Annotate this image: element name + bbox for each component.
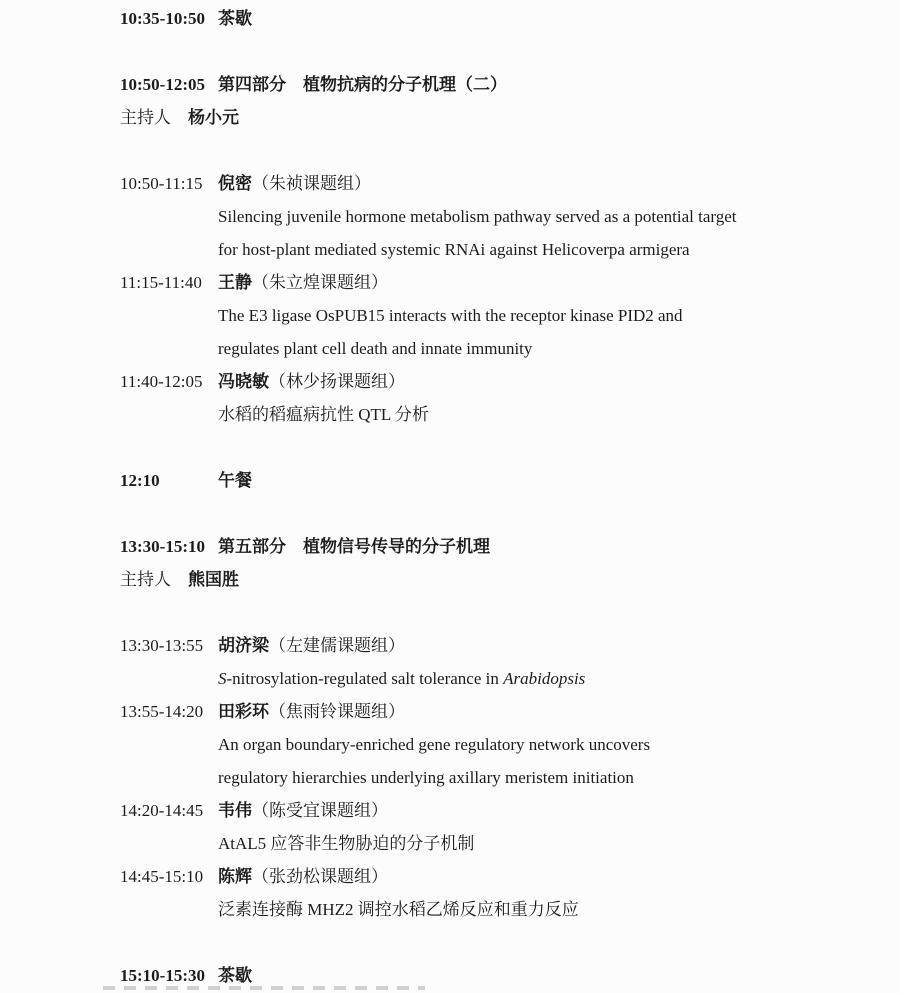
indent-spacer xyxy=(120,728,218,761)
speaker-name: 田彩环 xyxy=(218,702,269,721)
morning-break-row: 10:35-10:50 茶歇 xyxy=(120,2,900,35)
time-label: 14:20-14:45 xyxy=(120,794,218,827)
indent-spacer xyxy=(120,200,218,233)
title-segment-italic: S xyxy=(218,669,227,688)
indent-spacer xyxy=(120,827,218,860)
session5-header-row: 13:30-15:10 第五部分 植物信号传导的分子机理 xyxy=(120,530,900,563)
talk-speaker-row: 10:50-11:15 倪密（朱祯课题组） xyxy=(120,167,900,200)
speaker-line: 韦伟（陈受宜课题组） xyxy=(218,794,900,827)
time-label: 10:35-10:50 xyxy=(120,2,218,35)
talk-title-row: 泛素连接酶 MHZ2 调控水稻乙烯反应和重力反应 xyxy=(120,893,900,926)
lab-group: （陈受宜课题组） xyxy=(252,801,388,820)
time-label: 10:50-11:15 xyxy=(120,167,218,200)
blank-line xyxy=(120,926,900,959)
speaker-line: 冯晓敏（林少扬课题组） xyxy=(218,365,900,398)
talk-speaker-row: 13:30-13:55 胡济梁（左建儒课题组） xyxy=(120,629,900,662)
talk-title-row: AtAL5 应答非生物胁迫的分子机制 xyxy=(120,827,900,860)
title-segment: -nitrosylation-regulated salt tolerance … xyxy=(227,669,504,688)
time-label: 14:45-15:10 xyxy=(120,860,218,893)
talk-speaker-row: 11:40-12:05 冯晓敏（林少扬课题组） xyxy=(120,365,900,398)
indent-spacer xyxy=(120,299,218,332)
time-label: 11:40-12:05 xyxy=(120,365,218,398)
time-label: 13:30-13:55 xyxy=(120,629,218,662)
blank-line xyxy=(120,134,900,167)
talk-title-line: 水稻的稻瘟病抗性 QTL 分析 xyxy=(218,398,900,431)
lab-group: （左建儒课题组） xyxy=(269,636,405,655)
blank-line xyxy=(120,497,900,530)
speaker-name: 陈辉 xyxy=(218,867,252,886)
talk-title-line: Silencing juvenile hormone metabolism pa… xyxy=(218,200,900,233)
talk-title-row: An organ boundary-enriched gene regulato… xyxy=(120,728,900,761)
speaker-name: 王静 xyxy=(218,273,252,292)
session-title: 第五部分 植物信号传导的分子机理 xyxy=(218,530,900,563)
speaker-name: 倪密 xyxy=(218,174,252,193)
break-label: 茶歇 xyxy=(218,2,900,35)
time-label: 11:15-11:40 xyxy=(120,266,218,299)
time-label: 10:50-12:05 xyxy=(120,68,218,101)
lunch-row: 12:10 午餐 xyxy=(120,464,900,497)
lab-group: （张劲松课题组） xyxy=(252,867,388,886)
talk-title-line: regulates plant cell death and innate im… xyxy=(218,332,900,365)
talk-title-row: S-nitrosylation-regulated salt tolerance… xyxy=(120,662,900,695)
chair-name: 熊国胜 xyxy=(188,563,239,596)
indent-spacer xyxy=(120,662,218,695)
speaker-name: 冯晓敏 xyxy=(218,372,269,391)
lunch-label: 午餐 xyxy=(218,464,900,497)
indent-spacer xyxy=(120,761,218,794)
time-label: 13:30-15:10 xyxy=(120,530,218,563)
talk-title-line: 泛素连接酶 MHZ2 调控水稻乙烯反应和重力反应 xyxy=(218,893,900,926)
time-label: 13:55-14:20 xyxy=(120,695,218,728)
blank-line xyxy=(120,596,900,629)
chair-label: 主持人 xyxy=(120,563,171,596)
speaker-name: 胡济梁 xyxy=(218,636,269,655)
session5-chair-row: 主持人熊国胜 xyxy=(120,563,900,596)
speaker-name: 韦伟 xyxy=(218,801,252,820)
talk-title-line: An organ boundary-enriched gene regulato… xyxy=(218,728,900,761)
talk-title-row: 水稻的稻瘟病抗性 QTL 分析 xyxy=(120,398,900,431)
indent-spacer xyxy=(120,332,218,365)
talk-speaker-row: 13:55-14:20 田彩环（焦雨铃课题组） xyxy=(120,695,900,728)
indent-spacer xyxy=(120,893,218,926)
speaker-line: 田彩环（焦雨铃课题组） xyxy=(218,695,900,728)
chair-name: 杨小元 xyxy=(188,101,239,134)
talk-title-line: AtAL5 应答非生物胁迫的分子机制 xyxy=(218,827,900,860)
talk-title-line: regulatory hierarchies underlying axilla… xyxy=(218,761,900,794)
blank-line xyxy=(120,35,900,68)
lab-group: （朱立煌课题组） xyxy=(252,273,388,292)
blank-line xyxy=(120,431,900,464)
talk-title-row: The E3 ligase OsPUB15 interacts with the… xyxy=(120,299,900,332)
title-segment-italic: Arabidopsis xyxy=(503,669,585,688)
talk-title-row: regulatory hierarchies underlying axilla… xyxy=(120,761,900,794)
session4-chair-row: 主持人杨小元 xyxy=(120,101,900,134)
session4-header-row: 10:50-12:05 第四部分 植物抗病的分子机理（二） xyxy=(120,68,900,101)
clipped-next-line-artifact xyxy=(103,986,425,990)
talk-title-line: The E3 ligase OsPUB15 interacts with the… xyxy=(218,299,900,332)
conference-program-page: 10:35-10:50 茶歇 10:50-12:05 第四部分 植物抗病的分子机… xyxy=(0,0,900,993)
talk-speaker-row: 11:15-11:40 王静（朱立煌课题组） xyxy=(120,266,900,299)
talk-title-line: for host-plant mediated systemic RNAi ag… xyxy=(218,233,900,266)
talk-speaker-row: 14:20-14:45 韦伟（陈受宜课题组） xyxy=(120,794,900,827)
speaker-line: 胡济梁（左建儒课题组） xyxy=(218,629,900,662)
talk-title-line: S-nitrosylation-regulated salt tolerance… xyxy=(218,662,900,695)
talk-title-row: regulates plant cell death and innate im… xyxy=(120,332,900,365)
talk-speaker-row: 14:45-15:10 陈辉（张劲松课题组） xyxy=(120,860,900,893)
lab-group: （朱祯课题组） xyxy=(252,174,371,193)
indent-spacer xyxy=(120,398,218,431)
lab-group: （焦雨铃课题组） xyxy=(269,702,405,721)
indent-spacer xyxy=(120,233,218,266)
speaker-line: 王静（朱立煌课题组） xyxy=(218,266,900,299)
lab-group: （林少扬课题组） xyxy=(269,372,405,391)
chair-label: 主持人 xyxy=(120,101,171,134)
session-title: 第四部分 植物抗病的分子机理（二） xyxy=(218,68,900,101)
speaker-line: 陈辉（张劲松课题组） xyxy=(218,860,900,893)
talk-title-row: Silencing juvenile hormone metabolism pa… xyxy=(120,200,900,233)
talk-title-row: for host-plant mediated systemic RNAi ag… xyxy=(120,233,900,266)
speaker-line: 倪密（朱祯课题组） xyxy=(218,167,900,200)
time-label: 12:10 xyxy=(120,464,218,497)
